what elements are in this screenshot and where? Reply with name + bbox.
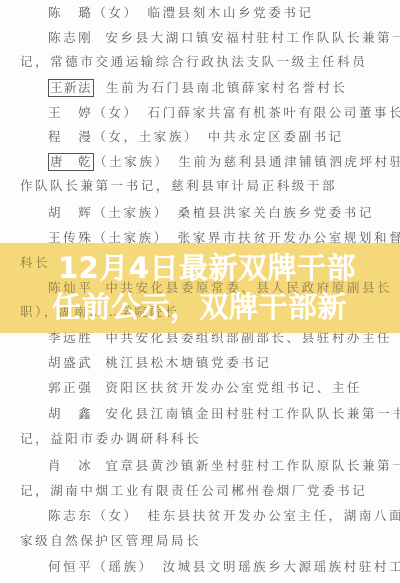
personnel-entry: 陈志东（女） 桂东县扶贫开发办公室主任，湖南八面山国 — [48, 506, 400, 526]
entry-text: 作队队长兼第一书记，慈利县审计局正科级干部 — [20, 178, 337, 193]
person-name: 肖 冰 — [48, 456, 93, 476]
personnel-entry: 陈 璐（女） 临澧县刻木山乡党委书记 — [48, 3, 314, 23]
entry-text: （女） 桂东县扶贫开发办公室主任，湖南八面山国 — [93, 508, 400, 523]
person-name: 王 婷 — [48, 103, 93, 123]
entry-text: 记，湖南中烟工业有限责任公司郴州卷烟厂党委书记 — [20, 483, 367, 498]
personnel-entry: 胡 辉（土家族） 桑植县洪家关白族乡党委书记 — [48, 203, 374, 223]
entry-text: （土家族） 生前为慈利县通津铺镇泗虎坪村驻村工 — [94, 154, 400, 169]
person-name: 胡 鑫 — [48, 404, 93, 424]
person-name: 郭正强 — [48, 378, 93, 398]
entry-text: 家级自然保护区管理局局长 — [20, 533, 201, 548]
person-name: 陈志刚 — [48, 28, 93, 48]
banner-title-line-1: 12月4日最新双牌干部 — [58, 251, 356, 285]
personnel-entry: 何恒平（瑶族） 汝城县文明瑶族乡大源瑶族村驻村工作队 — [48, 557, 400, 577]
continuation-line: 记，常德市交通运输综合行政执法支队一级主任科员 — [20, 52, 367, 72]
person-name: 何恒平 — [48, 557, 93, 577]
personnel-entry: 程 漫（女，土家族） 中共永定区委副书记 — [48, 127, 344, 147]
personnel-entry: 肖 冰宜章县黄沙镇新坐村驻村工作队原队长兼第一书 — [48, 456, 400, 476]
person-name: 胡盛武 — [48, 353, 93, 373]
entry-text: 桃江县松木塘镇党委书记 — [105, 355, 271, 370]
entry-text: 记，益阳市委办调研科科长 — [20, 431, 201, 446]
continuation-line: 作队队长兼第一书记，慈利县审计局正科级干部 — [20, 176, 337, 196]
entry-text: 安化县江南镇金田村驻村工作队队长兼第一书 — [105, 406, 400, 421]
personnel-entry: 王 婷（女） 石门薛家共富有机茶叶有限公司董事长 — [48, 103, 400, 123]
title-banner-text[interactable]: 12月4日最新双牌干部 任前公示，双牌干部新 — [0, 243, 400, 333]
entry-text: （土家族） 桑植县洪家关白族乡党委书记 — [93, 205, 374, 220]
entry-text: 记，常德市交通运输综合行政执法支队一级主任科员 — [20, 54, 367, 69]
person-name: 胡 辉 — [48, 203, 93, 223]
continuation-line: 家级自然保护区管理局局长 — [20, 531, 201, 551]
personnel-entry: 王新法生前为石门县南北镇薛家村名誉村长 — [48, 78, 348, 98]
entry-text: （女） 临澧县刻木山乡党委书记 — [93, 5, 313, 20]
boxed-person-name: 唐 乾 — [48, 153, 94, 171]
continuation-line: 记，湖南中烟工业有限责任公司郴州卷烟厂党委书记 — [20, 481, 367, 501]
personnel-entry: 胡盛武桃江县松木塘镇党委书记 — [48, 353, 271, 373]
personnel-entry: 胡 鑫安化县江南镇金田村驻村工作队队长兼第一书 — [48, 404, 400, 424]
personnel-entry: 郭正强资阳区扶贫开发办公室党组书记、主任 — [48, 378, 362, 398]
personnel-entry: 陈志刚安乡县大湖口镇安福村驻村工作队队长兼第一书 — [48, 28, 400, 48]
entry-text: （女） 石门薛家共富有机茶叶有限公司董事长 — [93, 105, 400, 120]
entry-text: 安乡县大湖口镇安福村驻村工作队队长兼第一书 — [105, 30, 400, 45]
entry-text: 资阳区扶贫开发办公室党组书记、主任 — [105, 380, 362, 395]
entry-text: （女，土家族） 中共永定区委副书记 — [93, 129, 343, 144]
entry-text: 生前为石门县南北镇薛家村名誉村长 — [106, 80, 348, 95]
person-name: 程 漫 — [48, 127, 93, 147]
continuation-line: 记，益阳市委办调研科科长 — [20, 429, 201, 449]
banner-title-line-2: 任前公示，双牌干部新 — [52, 290, 347, 324]
entry-text: 宜章县黄沙镇新坐村驻村工作队原队长兼第一书 — [105, 458, 400, 473]
person-name: 陈 璐 — [48, 3, 93, 23]
boxed-person-name: 王新法 — [48, 79, 94, 97]
person-name: 陈志东 — [48, 506, 93, 526]
personnel-entry: 唐 乾（土家族） 生前为慈利县通津铺镇泗虎坪村驻村工 — [48, 152, 400, 172]
entry-text: （瑶族） 汝城县文明瑶族乡大源瑶族村驻村工作队 — [93, 559, 400, 574]
